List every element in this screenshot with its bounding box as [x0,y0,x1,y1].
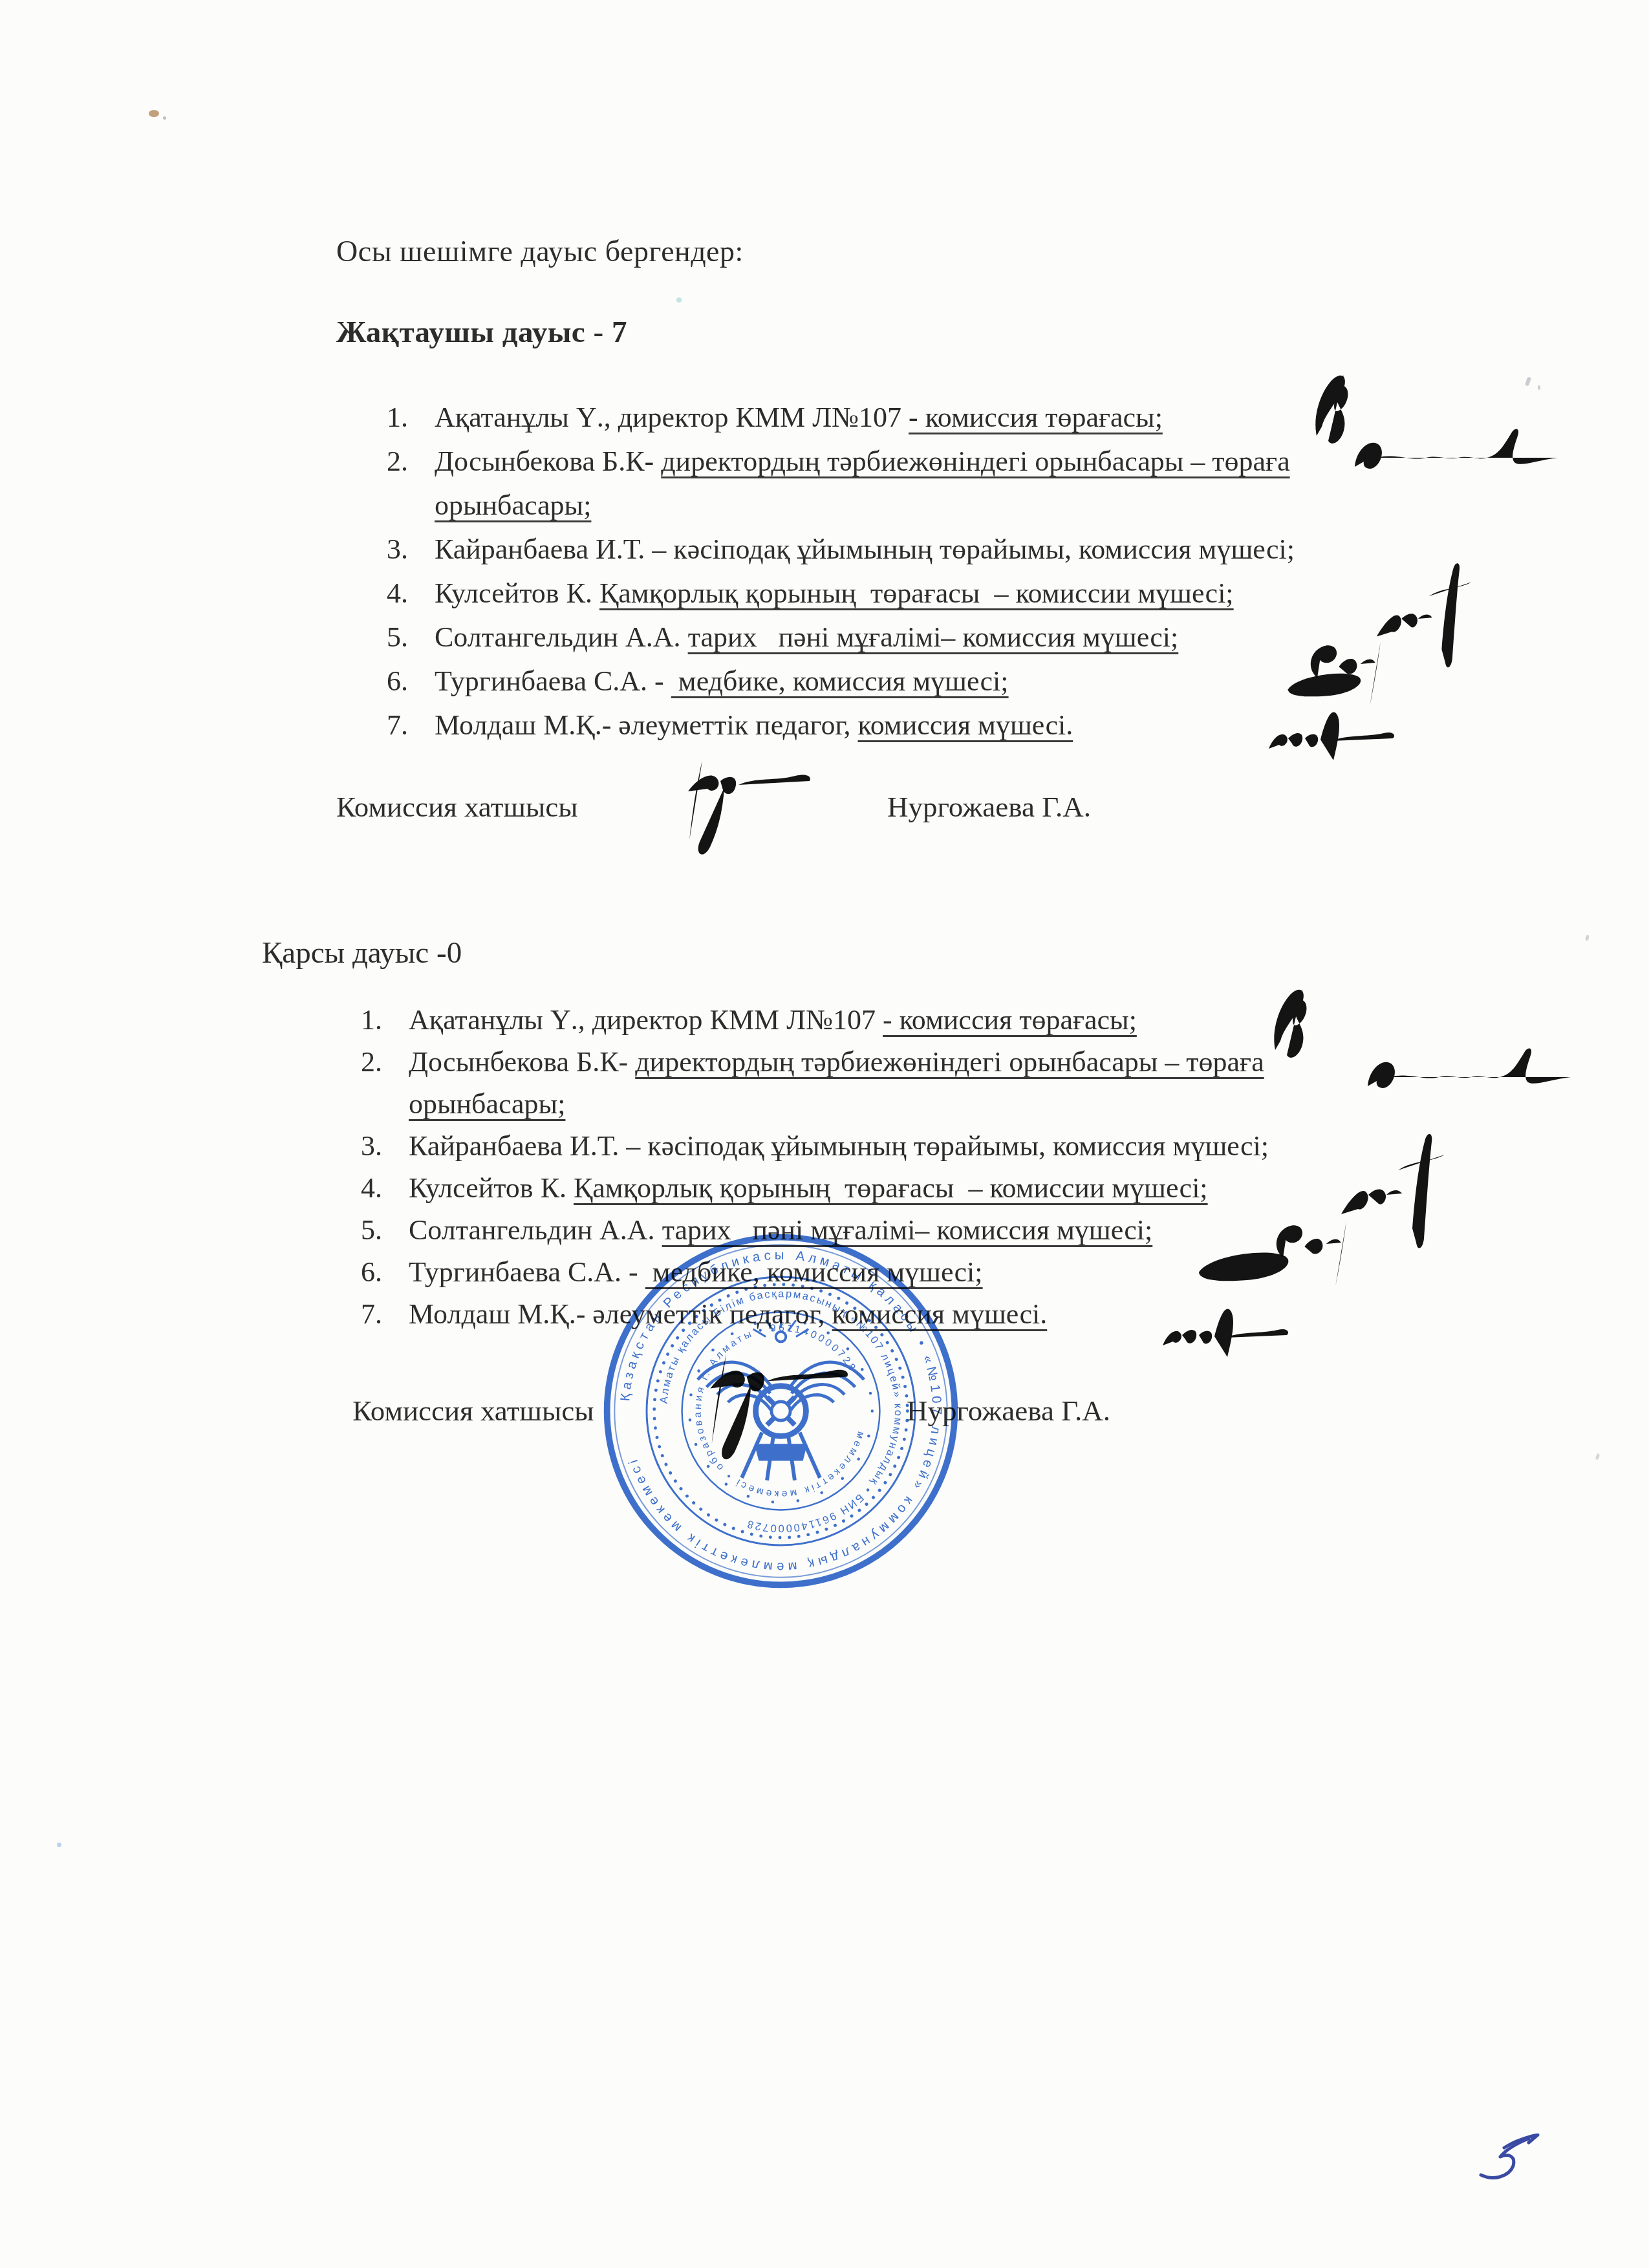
member-list-item: 7. Молдаш М.Қ.- әлеуметтік педагог, коми… [387,703,1295,747]
underlined-text: Қамқорлық қорының төрағасы – комиссии мү… [599,577,1234,609]
item-number: 6. [361,1251,409,1293]
member-list-item: 3. Кайранбаева И.Т. – кәсіподақ ұйымының… [387,528,1295,572]
underlined-text: комиссия мүшесі. [858,709,1073,741]
plain-text: Кайранбаева И.Т. – кәсіподақ ұйымының тө… [409,1130,1269,1162]
members-list-for: 1. Ақатанұлы Ү., директор КММ Л№107 - ко… [387,396,1295,747]
plain-text: Досынбекова Б.К- [435,445,661,477]
plain-text: Кайранбаева И.Т. – кәсіподақ ұйымының тө… [435,533,1295,565]
plain-text: Кулсейтов К. [409,1172,574,1204]
underlined-text: - комиссия төрағасы; [909,401,1163,433]
plain-text: Тургинбаева С.А. - [435,665,671,697]
item-number [361,1083,409,1125]
item-number: 1. [361,999,409,1041]
underlined-text: орынбасары; [409,1088,565,1120]
item-number: 5. [361,1209,409,1251]
member-list-item: орынбасары; [387,484,1295,528]
item-text: Досынбекова Б.К- директордың тәрбиежөнін… [409,1041,1264,1083]
item-number [387,484,435,528]
scan-speck [57,1843,61,1847]
underlined-text: тарих пәні мұғалімі– комиссия мүшесі; [688,621,1179,653]
intro-line: Осы шешімге дауыс бергендер: [336,234,744,268]
plain-text: Солтангельдин А.А. [435,621,688,653]
plain-text: Досынбекова Б.К- [409,1046,635,1078]
signature-member-7-list-1 [1262,700,1411,771]
scan-speck [1525,376,1531,386]
underlined-text: директордың тәрбиежөніндегі орынбасары –… [661,445,1289,477]
secretary-name: Нургожаева Г.А. [887,790,1091,824]
signature-member-6-list-2 [1191,1245,1295,1287]
item-number: 3. [361,1125,409,1167]
votes-against-heading: Қарсы дауыс -0 [262,936,462,970]
item-text: Молдаш М.Қ.- әлеуметтік педагог, комисси… [435,703,1073,747]
item-number: 4. [387,572,435,615]
member-list-item: 2. Досынбекова Б.К- директордың тәрбиежө… [387,440,1295,484]
underlined-text: орынбасары; [435,489,591,521]
plain-text: Молдаш М.Қ.- әлеуметтік педагог, [435,709,858,741]
member-list-item: 2. Досынбекова Б.К- директордың тәрбиежө… [361,1041,1269,1083]
signature-member-2-list-1 [1348,427,1562,498]
item-text: орынбасары; [409,1083,565,1125]
member-list-item: 3. Кайранбаева И.Т. – кәсіподақ ұйымының… [361,1125,1269,1167]
scan-speck [1538,385,1540,390]
scan-speck [676,297,682,303]
scan-speck [1595,1453,1600,1460]
item-text: Кайранбаева И.Т. – кәсіподақ ұйымының тө… [409,1125,1269,1167]
item-number: 5. [387,615,435,659]
underlined-text: Қамқорлық қорының төрағасы – комиссии мү… [574,1172,1208,1204]
signature-secretary-2 [684,1340,859,1472]
plain-text: Ақатанұлы Ү., директор КММ Л№107 [409,1004,883,1036]
member-list-item: 1. Ақатанұлы Ү., директор КММ Л№107 - ко… [361,999,1269,1041]
signature-member-6-list-1 [1282,667,1366,701]
member-list-item: орынбасары; [361,1083,1269,1125]
handwritten-page-number [1476,2134,1547,2192]
item-text: Кулсейтов К. Қамқорлық қорының төрағасы … [435,572,1234,615]
item-number: 7. [387,703,435,747]
item-number: 1. [387,396,435,440]
signature-secretary-1 [665,749,820,865]
item-number: 2. [387,440,435,484]
item-number: 3. [387,528,435,572]
underlined-text: директордың тәрбиежөніндегі орынбасары –… [635,1046,1264,1078]
member-list-item: 6. Тургинбаева С.А. - медбике, комиссия … [387,659,1295,703]
item-text: Ақатанұлы Ү., директор КММ Л№107 - комис… [409,999,1137,1041]
item-number: 7. [361,1293,409,1335]
item-text: Досынбекова Б.К- директордың тәрбиежөнін… [435,440,1290,484]
underlined-text: медбике, комиссия мүшесі; [671,665,1009,697]
signature-member-2-list-2 [1361,1046,1575,1117]
item-text: Ақатанұлы Ү., директор КММ Л№107 - комис… [435,396,1163,440]
item-number: 2. [361,1041,409,1083]
item-text: Кайранбаева И.Т. – кәсіподақ ұйымының тө… [435,528,1295,572]
scan-speck [149,110,159,117]
item-text: орынбасары; [435,484,591,528]
secretary-label: Комиссия хатшысы [336,790,577,824]
member-list-item: 4. Кулсейтов К. Қамқорлық қорының төраға… [361,1167,1269,1209]
scan-speck [163,116,166,120]
item-number: 6. [387,659,435,703]
item-number: 4. [361,1167,409,1209]
secretary-label: Комиссия хатшысы [352,1394,594,1428]
member-list-item: 4. Кулсейтов К. Қамқорлық қорының төраға… [387,572,1295,615]
signature-member-1-list-2 [1266,984,1337,1075]
plain-text: Ақатанұлы Ү., директор КММ Л№107 [435,401,909,433]
scanned-document-page: Осы шешімге дауыс бергендер: Жақтаушы да… [0,0,1649,2268]
item-text: Солтангельдин А.А. тарих пәні мұғалімі– … [435,615,1178,659]
scan-speck [1585,935,1590,941]
plain-text: Кулсейтов К. [435,577,599,609]
votes-for-heading: Жақтаушы дауыс - 7 [336,315,627,350]
item-text: Тургинбаева С.А. - медбике, комиссия мүш… [435,659,1009,703]
signature-member-7-list-2 [1156,1296,1305,1367]
item-text: Кулсейтов К. Қамқорлық қорының төрағасы … [409,1167,1208,1209]
underlined-text: - комиссия төрағасы; [883,1004,1137,1036]
member-list-item: 5. Солтангельдин А.А. тарих пәні мұғалім… [387,615,1295,659]
member-list-item: 1. Ақатанұлы Ү., директор КММ Л№107 - ко… [387,396,1295,440]
